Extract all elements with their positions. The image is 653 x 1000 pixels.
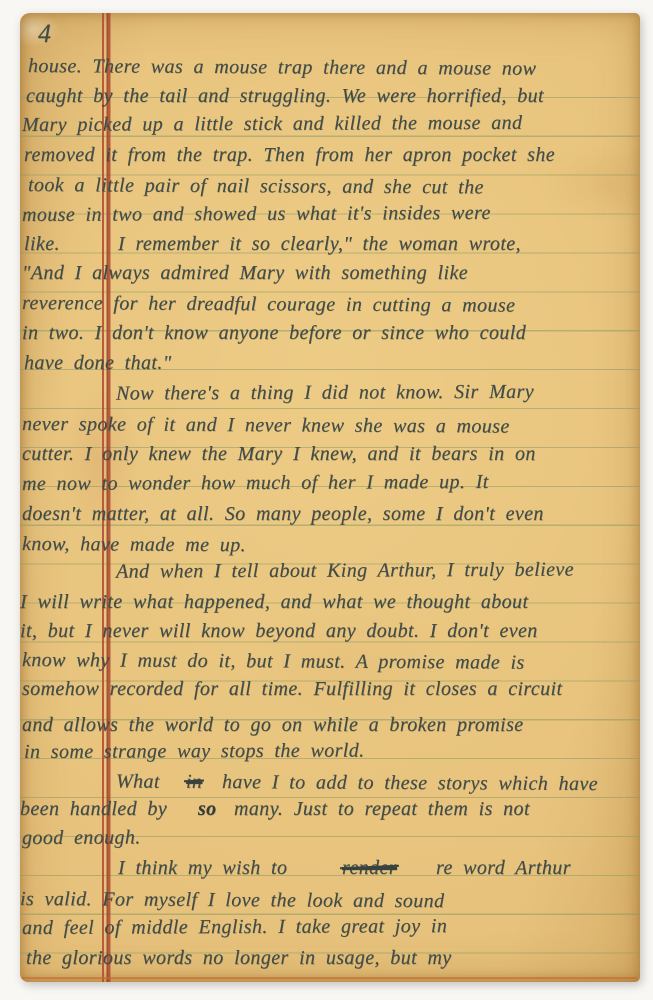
manuscript-line: the glorious words no longer in usage, b… — [20, 945, 640, 971]
manuscript-line: never spoke of it and I never knew she w… — [20, 411, 640, 440]
handwritten-text: have I to add to these storys which have — [222, 769, 598, 797]
manuscript-line: mouse in two and showed us what it's ins… — [20, 199, 640, 228]
handwritten-text: is valid. For myself I love the look and… — [20, 886, 445, 914]
struck-out-word: render — [342, 855, 397, 881]
manuscript-line: been handled bysomany. Just to repeat th… — [20, 796, 640, 822]
handwritten-text: in two. I don't know anyone before or si… — [22, 320, 526, 346]
manuscript-line: like.I remember it so clearly," the woma… — [20, 231, 640, 257]
handwritten-text: took a little pair of nail scissors, and… — [28, 172, 484, 200]
manuscript-line: have done that." — [20, 350, 640, 376]
manuscript-line: and allows the world to go on while a br… — [20, 712, 640, 738]
manuscript-line: in two. I don't know anyone before or si… — [20, 320, 640, 346]
manuscript-line: Mary picked up a little stick and killed… — [20, 109, 640, 138]
manuscript-line: doesn't matter, at all. So many people, … — [20, 501, 640, 527]
handwritten-text: doesn't matter, at all. So many people, … — [22, 501, 544, 527]
handwritten-text: know why I must do it, but I must. A pro… — [22, 647, 525, 676]
handwritten-text: good enough. — [22, 824, 141, 851]
handwritten-text: I remember it so clearly," the woman wro… — [118, 231, 521, 257]
handwritten-text: so — [198, 796, 217, 822]
handwritten-text: never spoke of it and I never knew she w… — [22, 411, 510, 440]
handwritten-text: it, but I never will know beyond any dou… — [20, 618, 538, 644]
handwritten-text: house. There was a mouse trap there and … — [28, 53, 536, 82]
handwritten-text: the glorious words no longer in usage, b… — [26, 945, 452, 971]
struck-out-word: in — [186, 769, 202, 795]
scanned-document: 4 house. There was a mouse trap there an… — [0, 0, 653, 1000]
handwritten-text: Mary picked up a little stick and killed… — [22, 110, 522, 138]
handwritten-text: I think my wish to — [118, 855, 287, 881]
manuscript-line: and feel of middle English. I take great… — [20, 912, 640, 941]
handwritten-text: "And I always admired Mary with somethin… — [22, 260, 468, 286]
manuscript-line: it, but I never will know beyond any dou… — [20, 618, 640, 644]
handwritten-text: cutter. I only knew the Mary I knew, and… — [22, 441, 536, 467]
handwritten-text: reverence for her dreadful courage in cu… — [22, 290, 515, 319]
manuscript-line: caught by the tail and struggling. We we… — [20, 83, 640, 109]
manuscript-line: "And I always admired Mary with somethin… — [20, 260, 640, 286]
handwritten-text: me now to wonder how much of her I made … — [22, 469, 489, 497]
manuscript-page: 4 house. There was a mouse trap there an… — [20, 13, 640, 982]
manuscript-line: I will write what happened, and what we … — [20, 589, 640, 615]
handwritten-text: know, have made me up. — [22, 531, 246, 558]
manuscript-line: know why I must do it, but I must. A pro… — [20, 647, 640, 676]
handwritten-text: have done that." — [24, 350, 172, 376]
manuscript-line: Now there's a thing I did not know. Sir … — [20, 378, 640, 407]
manuscript-line: somehow recorded for all time. Fulfillin… — [20, 676, 640, 702]
manuscript-line: I think my wish torenderre word Arthur — [20, 855, 640, 881]
manuscript-line: removed it from the trap. Then from her … — [20, 142, 640, 168]
handwritten-text: And when I tell about King Arthur, I tru… — [116, 557, 574, 585]
manuscript-line: house. There was a mouse trap there and … — [20, 53, 640, 82]
handwritten-text: in some strange way stops the world. — [24, 737, 365, 764]
handwritten-text: removed it from the trap. Then from her … — [24, 142, 555, 168]
handwritten-text: many. Just to repeat them is not — [234, 796, 530, 822]
handwritten-text: Now there's a thing I did not know. Sir … — [116, 379, 534, 407]
manuscript-line: me now to wonder how much of her I made … — [20, 468, 640, 497]
handwritten-text: re word Arthur — [436, 855, 571, 881]
handwritten-text: like. — [24, 231, 60, 257]
manuscript-line: reverence for her dreadful courage in cu… — [20, 290, 640, 319]
manuscript-line: Whatinhave I to add to these storys whic… — [20, 768, 640, 797]
manuscript-line: took a little pair of nail scissors, and… — [20, 172, 640, 201]
handwritten-text: I will write what happened, and what we … — [20, 589, 528, 615]
handwritten-text: What — [116, 769, 160, 795]
handwritten-text: and allows the world to go on while a br… — [22, 712, 524, 738]
handwritten-text: mouse in two and showed us what it's ins… — [22, 200, 491, 228]
manuscript-line: good enough. — [20, 822, 640, 851]
manuscript-line: in some strange way stops the world. — [20, 736, 640, 765]
handwritten-text: somehow recorded for all time. Fulfillin… — [22, 676, 562, 702]
manuscript-line: And when I tell about King Arthur, I tru… — [20, 556, 640, 585]
handwritten-text: and feel of middle English. I take great… — [22, 913, 447, 941]
handwriting-layer: house. There was a mouse trap there and … — [20, 13, 640, 982]
handwritten-text: been handled by — [20, 796, 167, 822]
manuscript-line: is valid. For myself I love the look and… — [20, 886, 640, 915]
manuscript-line: cutter. I only knew the Mary I knew, and… — [20, 441, 640, 467]
handwritten-text: caught by the tail and struggling. We we… — [26, 83, 544, 109]
